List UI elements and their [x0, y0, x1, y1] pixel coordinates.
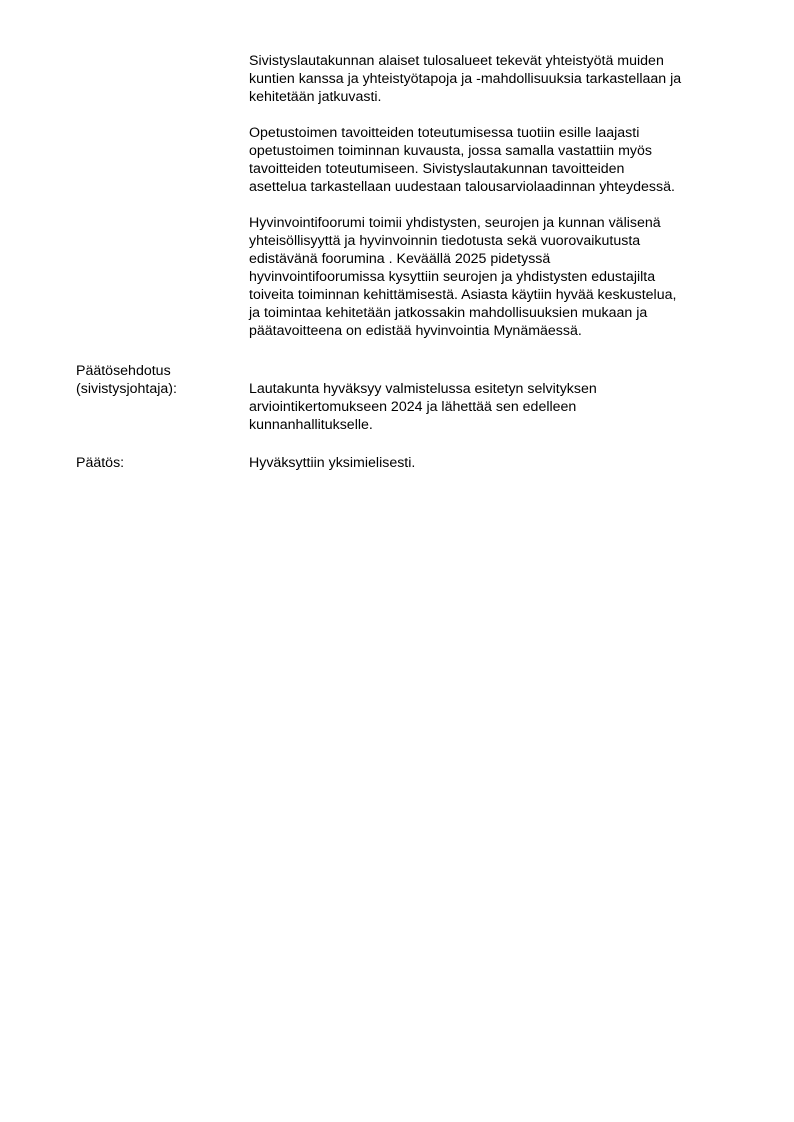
decision-label-text: Päätös: — [76, 454, 124, 472]
decision-text-line: Hyväksyttiin yksimielisesti. — [249, 454, 749, 472]
proposal-label-line: Päätösehdotus — [76, 362, 177, 380]
text-line: kuntien kanssa ja yhteistyötapoja ja -ma… — [249, 70, 749, 88]
paragraph-cooperation: Sivistyslautakunnan alaiset tulosalueet … — [249, 52, 749, 106]
text-line: kunnanhallitukselle. — [249, 416, 749, 434]
proposal-label-line: (sivistysjohtaja): — [76, 380, 177, 398]
text-line: Opetustoimen tavoitteiden toteutumisessa… — [249, 124, 749, 142]
proposal-label: Päätösehdotus (sivistysjohtaja): — [76, 362, 177, 398]
paragraph-wellbeing-forum: Hyvinvointifoorumi toimii yhdistysten, s… — [249, 214, 749, 340]
text-line: asettelua tarkastellaan uudestaan talous… — [249, 178, 749, 196]
text-line: toiveita toiminnan kehittämisestä. Asias… — [249, 286, 749, 304]
text-line: tavoitteiden toteutumiseen. Sivistyslaut… — [249, 160, 749, 178]
text-line: Lautakunta hyväksyy valmistelussa esitet… — [249, 380, 749, 398]
text-line: hyvinvointifoorumissa kysyttiin seurojen… — [249, 268, 749, 286]
document-page: Sivistyslautakunnan alaiset tulosalueet … — [0, 0, 794, 1122]
text-line: Hyvinvointifoorumi toimii yhdistysten, s… — [249, 214, 749, 232]
text-line: opetustoimen toiminnan kuvausta, jossa s… — [249, 142, 749, 160]
decision-label: Päätös: — [76, 454, 124, 472]
paragraph-education-goals: Opetustoimen tavoitteiden toteutumisessa… — [249, 124, 749, 196]
decision-text: Hyväksyttiin yksimielisesti. — [249, 454, 749, 472]
text-line: ja toimintaa kehitetään jatkossakin mahd… — [249, 304, 749, 322]
text-line: yhteisöllisyyttä ja hyvinvoinnin tiedotu… — [249, 232, 749, 250]
text-line: arviointikertomukseen 2024 ja lähettää s… — [249, 398, 749, 416]
text-line: päätavoitteena on edistää hyvinvointia M… — [249, 322, 749, 340]
text-line: kehitetään jatkuvasti. — [249, 88, 749, 106]
text-line: Sivistyslautakunnan alaiset tulosalueet … — [249, 52, 749, 70]
text-line: edistävänä foorumina . Keväällä 2025 pid… — [249, 250, 749, 268]
proposal-text: Lautakunta hyväksyy valmistelussa esitet… — [249, 380, 749, 434]
